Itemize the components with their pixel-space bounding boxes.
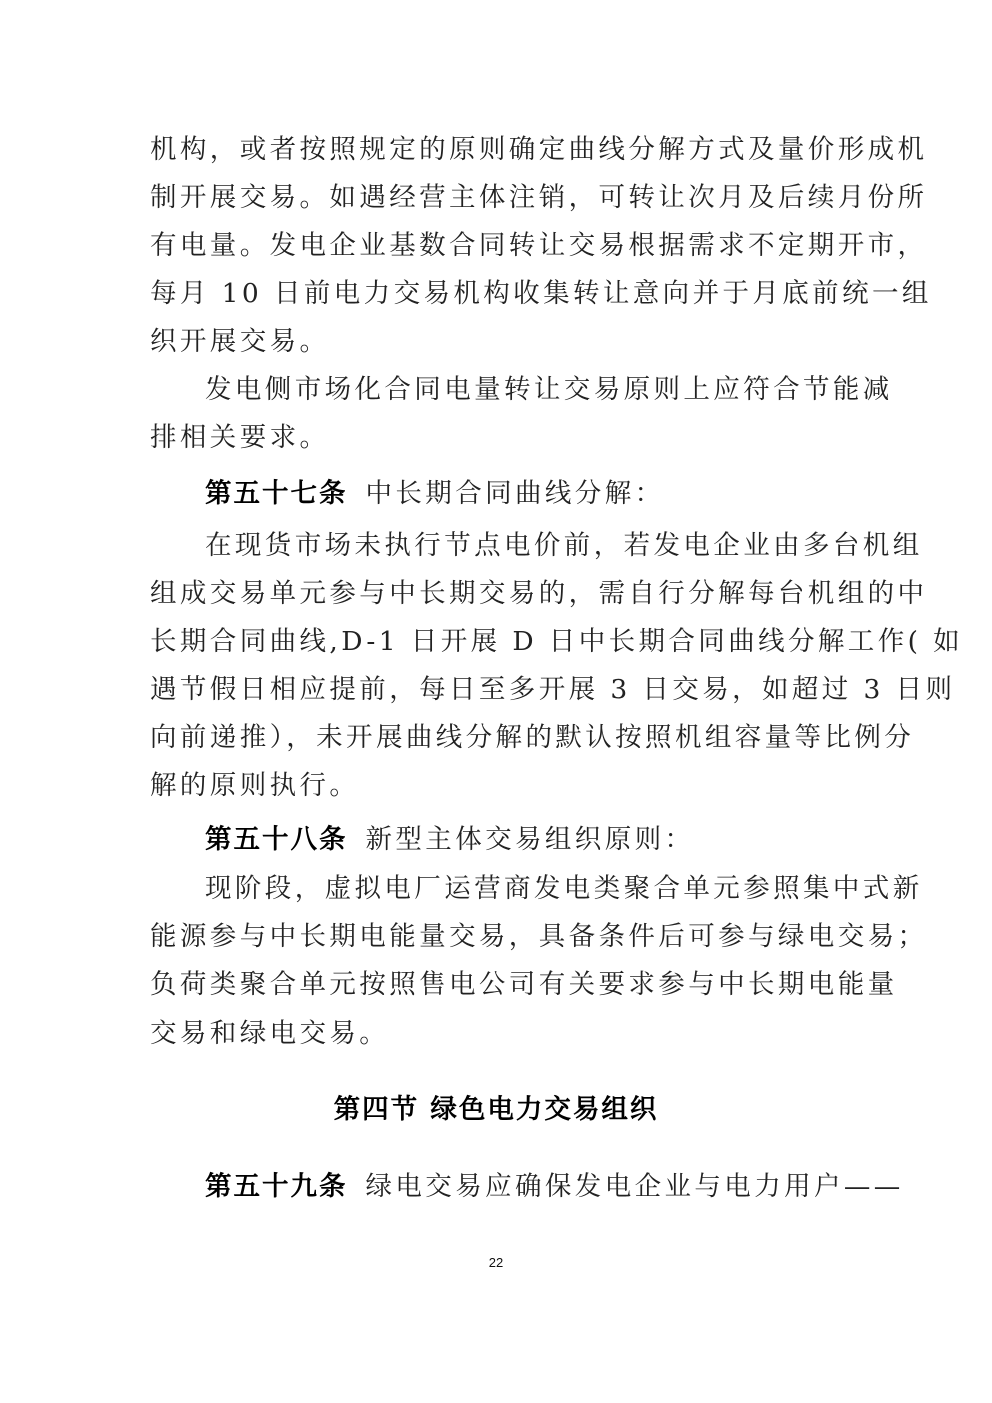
paragraph-line: 有电量。发电企业基数合同转让交易根据需求不定期开市， — [150, 226, 842, 266]
document-page: 机构，或者按照规定的原则确定曲线分解方式及量价形成机 制开展交易。如遇经营主体注… — [0, 0, 992, 1403]
paragraph-line: 向前递推），未开展曲线分解的默认按照机组容量等比例分 — [150, 718, 842, 758]
paragraph-line: 长期合同曲线,D-1 日开展 D 日中长期合同曲线分解工作( 如 — [150, 622, 842, 662]
paragraph-line: 每月 10 日前电力交易机构收集转让意向并于月底前统一组 — [150, 274, 842, 314]
paragraph-line: 遇节假日相应提前，每日至多开展 3 日交易，如超过 3 日则 — [150, 670, 842, 710]
paragraph-line: 机构，或者按照规定的原则确定曲线分解方式及量价形成机 — [150, 130, 842, 170]
article-58-heading: 第五十八条新型主体交易组织原则： — [205, 820, 842, 860]
article-58-label: 第五十八条 — [205, 824, 348, 855]
article-57-title: 中长期合同曲线分解： — [366, 478, 665, 509]
paragraph-line: 负荷类聚合单元按照售电公司有关要求参与中长期电能量 — [150, 965, 842, 1005]
paragraph-line: 组成交易单元参与中长期交易的，需自行分解每台机组的中 — [150, 574, 842, 614]
article-59-heading: 第五十九条绿电交易应确保发电企业与电力用户—— — [205, 1167, 842, 1207]
article-57-heading: 第五十七条中长期合同曲线分解： — [205, 474, 842, 514]
paragraph-line: 排相关要求。 — [150, 418, 842, 458]
paragraph-line: 交易和绿电交易。 — [150, 1014, 842, 1054]
article-57-label: 第五十七条 — [205, 478, 348, 509]
article-59-text: 绿电交易应确保发电企业与电力用户—— — [366, 1171, 904, 1202]
paragraph-line: 织开展交易。 — [150, 322, 842, 362]
paragraph-line: 现阶段，虚拟电厂运营商发电类聚合单元参照集中式新 — [205, 869, 842, 909]
article-59-label: 第五十九条 — [205, 1171, 348, 1202]
paragraph-line: 能源参与中长期电能量交易，具备条件后可参与绿电交易； — [150, 917, 842, 957]
article-58-title: 新型主体交易组织原则： — [366, 824, 695, 855]
section-title: 第四节 绿色电力交易组织 — [0, 1090, 992, 1130]
paragraph-line: 在现货市场未执行节点电价前，若发电企业由多台机组 — [205, 526, 842, 566]
paragraph-line: 发电侧市场化合同电量转让交易原则上应符合节能减 — [205, 370, 842, 410]
paragraph-line: 制开展交易。如遇经营主体注销，可转让次月及后续月份所 — [150, 178, 842, 218]
paragraph-line: 解的原则执行。 — [150, 766, 842, 806]
page-number: 22 — [0, 1255, 992, 1270]
